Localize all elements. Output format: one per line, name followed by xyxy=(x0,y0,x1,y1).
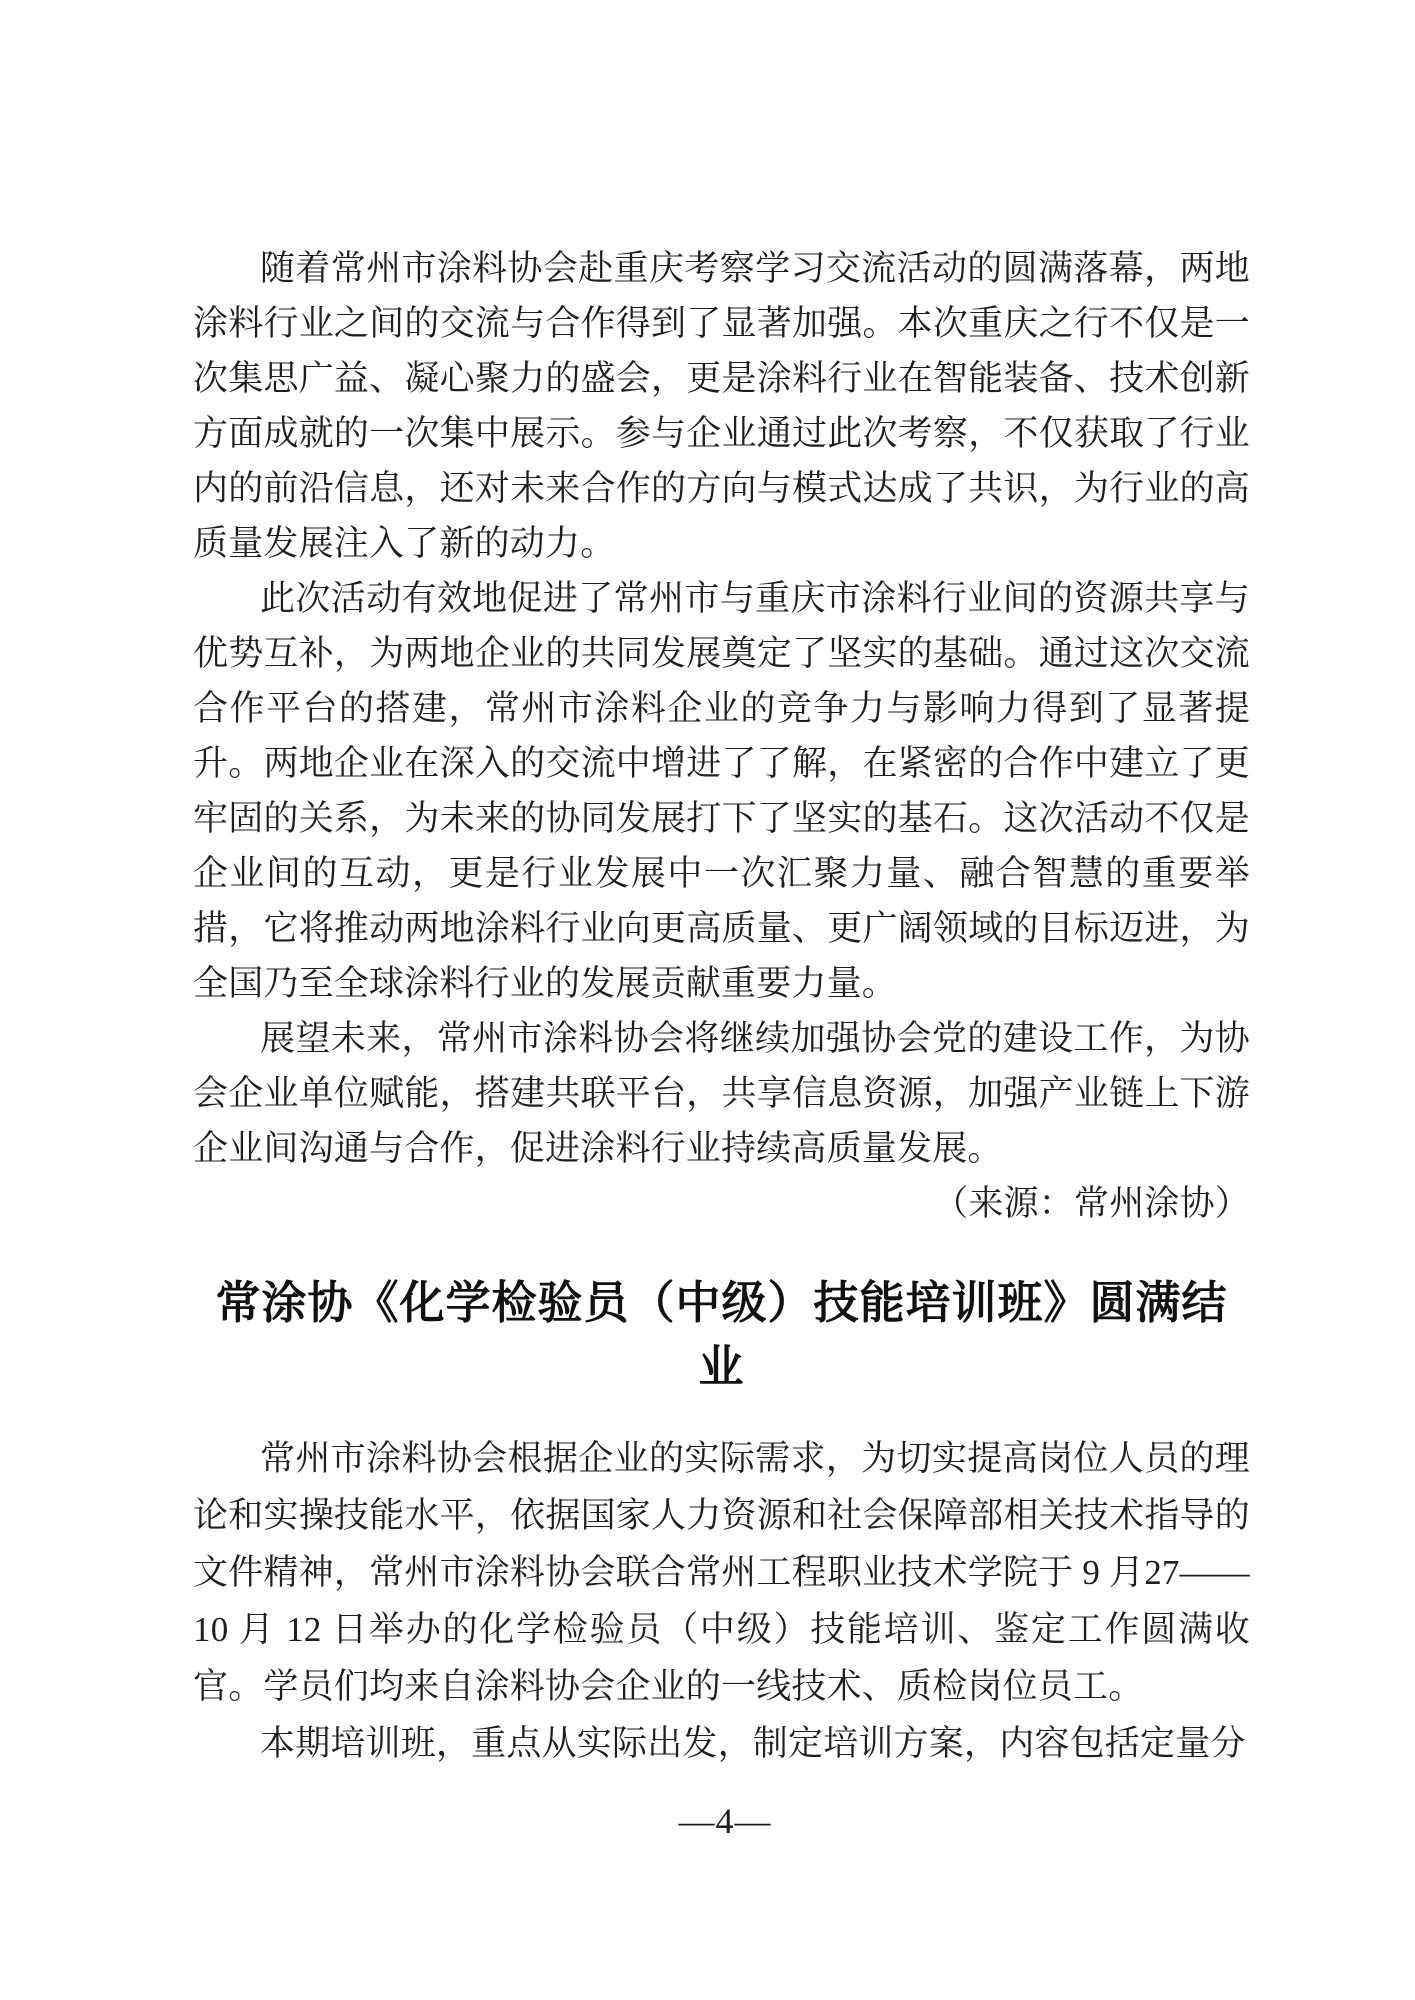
article-training-class: 常州市涂料协会根据企业的实际需求，为切实提高岗位人员的理论和实操技能水平，依据国… xyxy=(193,1430,1250,1772)
page-number: —4— xyxy=(193,1797,1257,1845)
paragraph-5: 本期培训班，重点从实际出发，制定培训方案，内容包括定量分 xyxy=(193,1715,1250,1772)
source-attribution: （来源：常州涂协） xyxy=(193,1176,1250,1231)
paragraph-3: 展望未来，常州市涂料协会将继续加强协会党的建设工作，为协会企业单位赋能，搭建共联… xyxy=(193,1011,1250,1176)
paragraph-4: 常州市涂料协会根据企业的实际需求，为切实提高岗位人员的理论和实操技能水平，依据国… xyxy=(193,1430,1250,1715)
paragraph-2: 此次活动有效地促进了常州市与重庆市涂料行业间的资源共享与优势互补，为两地企业的共… xyxy=(193,571,1250,1011)
article-title: 常涂协《化学检验员（中级）技能培训班》圆满结业 xyxy=(193,1271,1250,1399)
document-page: 随着常州市涂料协会赴重庆考察学习交流活动的圆满落幕，两地涂料行业之间的交流与合作… xyxy=(0,0,1415,2000)
paragraph-1: 随着常州市涂料协会赴重庆考察学习交流活动的圆满落幕，两地涂料行业之间的交流与合作… xyxy=(193,241,1250,571)
text-column: 随着常州市涂料协会赴重庆考察学习交流活动的圆满落幕，两地涂料行业之间的交流与合作… xyxy=(193,241,1250,1772)
article-chongqing-exchange-summary: 随着常州市涂料协会赴重庆考察学习交流活动的圆满落幕，两地涂料行业之间的交流与合作… xyxy=(193,241,1250,1231)
